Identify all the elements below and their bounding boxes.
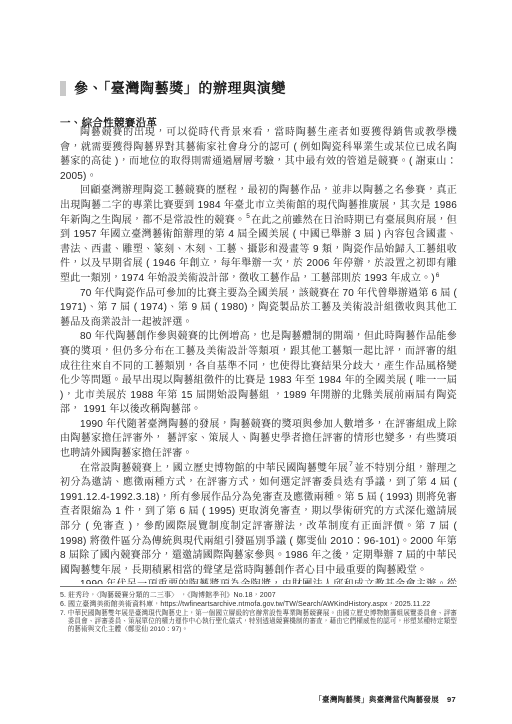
page-title: 參、「臺灣陶藝獎」的辦理與演變 [74, 78, 286, 98]
paragraph-2: 回顧臺灣辦理陶瓷工藝競賽的歷程，最初的陶藝作品，並非以陶藝之名參賽，真正出現陶藝… [60, 184, 457, 286]
title-marker-bar [60, 81, 66, 96]
footnote-text-before-url: 國立臺灣美術館美術資料庫， [68, 601, 160, 608]
footnotes-section: 5. 莊秀玲，〈陶藝競賽分類的二三事〉 ，《陶博館季刊》No.18，2007 6… [60, 586, 457, 634]
footnote-ref-5: 5 [246, 213, 250, 220]
paragraph-text: 並不特別分組，辦理之初分為邀請、應徵兩種方式，在評審方式，如何選定評審委員迭有爭… [60, 463, 457, 576]
footnote-5: 5. 莊秀玲，〈陶藝競賽分類的二三事〉 ，《陶博館季刊》No.18，2007 [60, 592, 457, 600]
paragraph-6: 在常設陶藝競賽上，國立歷史博物館的中華民國陶藝雙年展7並不特別分組，辦理之初分為… [60, 462, 457, 579]
footnote-7: 7. 中華民國陶藝雙年展是臺灣現代陶藝史上，第一個國立層級的官辦常設性專業陶藝競… [60, 610, 457, 633]
running-title: 「臺灣陶藝獎」與臺灣當代陶藝發展 [314, 695, 439, 704]
archive-url-link[interactable]: https://twfineartsarchive.ntmofa.gov.tw/… [160, 601, 387, 608]
footnote-number: 7. [60, 610, 66, 633]
paragraph-4: 80 年代陶藝創作參與競賽的比例增高，也是陶藝體制的開端，但此時陶藝作品能參賽的… [60, 330, 457, 418]
body-text: 陶藝競賽的出現，可以從時代背景來看，當時陶藝生產者如要獲得銷售或教學機會，就需要… [60, 126, 457, 584]
footnote-text: 莊秀玲，〈陶藝競賽分類的二三事〉 ，《陶博館季刊》No.18，2007 [68, 592, 457, 600]
paragraph-text: 70 年代陶瓷作品可參加的比賽主要為全國美展，該競賽在 70 年代曾舉辦過第 6… [60, 288, 457, 328]
document-page: 參、「臺灣陶藝獎」的辦理與演變 一、綜合性競賽沿革 陶藝競賽的出現，可以從時代背… [0, 0, 512, 724]
paragraph-text: 在常設陶藝競賽上，國立歷史博物館的中華民國陶藝雙年展 [80, 463, 348, 474]
footnote-text-after-url: ，2025.11.22 [388, 601, 431, 608]
page-header: 參、「臺灣陶藝獎」的辦理與演變 一、綜合性競賽沿革 [60, 78, 456, 130]
paragraph-text: 80 年代陶藝創作參與競賽的比例增高，也是陶藝體制的開端，但此時陶藝作品能參賽的… [60, 331, 457, 415]
footnote-ref-6: 6 [436, 272, 440, 279]
paragraph-text: 陶藝競賽的出現，可以從時代背景來看，當時陶藝生產者如要獲得銷售或教學機會，就需要… [60, 127, 457, 182]
paragraph-7: 1990 年代另一項重要的陶藝獎項為金陶獎，由財團法人邱和成文教基金會主辦。從 … [60, 578, 457, 584]
title-row: 參、「臺灣陶藝獎」的辦理與演變 [60, 78, 456, 98]
paragraph-text: 1990 年代另一項重要的陶藝獎項為金陶獎，由財團法人邱和成文教基金會主辦。從 … [60, 579, 457, 584]
footnote-number: 5. [60, 592, 66, 600]
paragraph-text: 1990 年代隨著臺灣陶藝的發展，陶藝競賽的獎項與參加人數增多，在評審組成上除由… [60, 419, 457, 459]
footnote-6: 6. 國立臺灣美術館美術資料庫，https://twfineartsarchiv… [60, 601, 457, 609]
footnote-number: 6. [60, 601, 66, 609]
running-footer: 「臺灣陶藝獎」與臺灣當代陶藝發展97 [314, 694, 456, 705]
footnote-ref-7: 7 [349, 461, 353, 468]
paragraph-3: 70 年代陶瓷作品可參加的比賽主要為全國美展，該競賽在 70 年代曾舉辦過第 6… [60, 287, 457, 331]
paragraph-5: 1990 年代隨著臺灣陶藝的發展，陶藝競賽的獎項與參加人數增多，在評審組成上除由… [60, 418, 457, 462]
paragraph-1: 陶藝競賽的出現，可以從時代背景來看，當時陶藝生產者如要獲得銷售或教學機會，就需要… [60, 126, 457, 184]
footnote-text: 中華民國陶藝雙年展是臺灣現代陶藝史上，第一個國立層級的官辦常設性專業陶藝競賽展。… [68, 610, 457, 633]
page-number: 97 [447, 695, 456, 704]
footnote-text: 國立臺灣美術館美術資料庫，https://twfineartsarchive.n… [68, 601, 457, 609]
